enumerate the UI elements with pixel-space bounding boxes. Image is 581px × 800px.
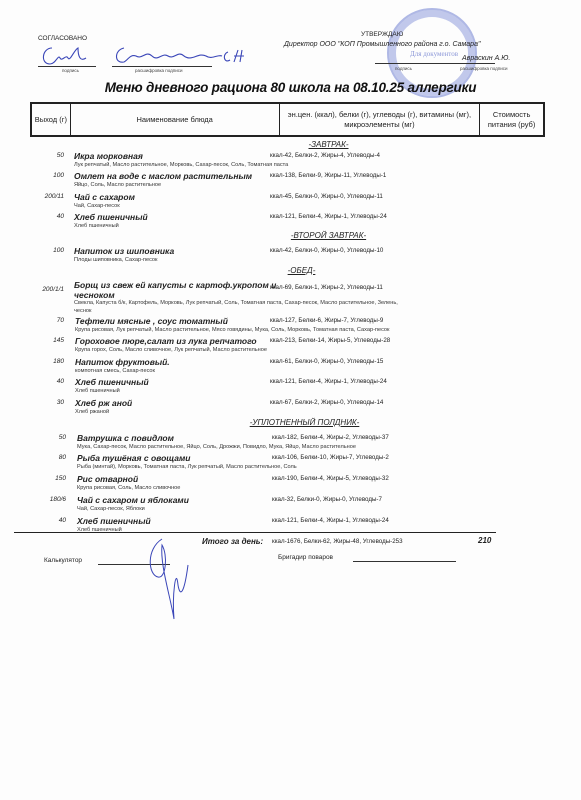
item-nutrition: ккал-42, Белки-2, Жиры-4, Углеводы-4 [270,152,380,159]
item-nutrition: ккал-121, Белки-4, Жиры-1, Углеводы-24 [270,378,387,385]
item-name: Чай с сахаром и яблоками [77,495,189,505]
item-name: Гороховое пюре,салат из лука репчатого [75,336,257,346]
item-nutrition: ккал-138, Белки-9, Жиры-11, Углеводы-1 [270,172,386,179]
header-cost: Стоимость питания (руб) [480,103,544,136]
item-nutrition: ккал-127, Белки-6, Жиры-7, Углеводы-9 [270,317,383,324]
name-left-caption: расшифровка подписи [135,68,182,73]
approval-right-position: Директор ООО "КОП Промышленного района г… [284,41,480,48]
item-name: Чай с сахаром [74,192,135,202]
header-dish: Наименование блюда [70,103,279,136]
menu-table-header: Выход (г) Наименование блюда эн.цен. (кк… [30,102,545,137]
item-nutrition: ккал-190, Белки-4, Жиры-5, Углеводы-32 [272,475,389,482]
item-name: Напиток фруктовый. [75,357,170,367]
item-yield: 180 [24,358,64,365]
item-name: Напиток из шиповника [74,246,174,256]
item-name: Тефтели мясные , соус томатный [75,316,228,326]
chef-signature-line [353,561,456,562]
item-name: Хлеб пшеничный [74,212,148,222]
totals-nutrition: ккал-1676, Белки-62, Жиры-48, Углеводы-2… [272,538,403,545]
item-yield: 40 [24,213,64,220]
document-page: СОГЛАСОВАНО подпись расшифровка подписи … [0,0,581,800]
item-ingredients: Плоды шиповника, Сахар-песок [74,257,158,263]
item-ingredients: Крупа рисовая, Лук репчатый, Масло расти… [75,327,390,333]
item-yield: 80 [26,454,66,461]
item-yield: 40 [24,378,64,385]
item-nutrition: ккал-106, Белки-10, Жиры-7, Углеводы-2 [272,454,389,461]
item-name: Рис отварной [77,474,138,484]
item-yield: 145 [24,337,64,344]
item-ingredients: Хлеб пшеничный [75,388,120,394]
approval-right-name: Авраскин А.Ю. [462,55,510,62]
item-ingredients: Мука, Сахар-песок, Масло растительное, Я… [77,444,356,450]
item-yield: 200/1/1 [24,286,64,293]
item-nutrition: ккал-45, Белки-0, Жиры-0, Углеводы-11 [270,193,383,200]
signature-left-caption: подпись [62,68,79,73]
name-right-caption: расшифровка подписи [460,66,507,71]
item-ingredients: Чай, Сахар-песок [74,203,120,209]
item-yield: 50 [24,152,64,159]
item-yield: 180/6 [26,496,66,503]
item-ingredients: Крупа рисовая, Соль, Масло сливочное [77,485,180,491]
item-nutrition: ккал-61, Белки-0, Жиры-0, Углеводы-15 [270,358,383,365]
item-nutrition: ккал-67, Белки-2, Жиры-0, Углеводы-14 [270,399,383,406]
item-yield: 100 [24,247,64,254]
item-name: Икра морковная [74,151,143,161]
item-nutrition: ккал-69, Белки-1, Жиры-2, Углеводы-11 [270,284,383,291]
item-ingredients: Крупа горох, Соль, Масло сливочное, Лук … [75,347,267,353]
totals-cost: 210 [478,536,491,545]
calculator-label: Калькулятор [44,557,82,564]
item-ingredients: Лук репчатый, Масло растительное, Морков… [74,162,288,168]
page-title: Меню дневного рациона 80 школа на 08.10.… [0,80,581,95]
totals-label: Итого за день: [202,537,263,546]
item-yield: 200/11 [24,193,64,200]
item-yield: 40 [26,517,66,524]
item-ingredients: компотная смесь, Сахар-песок [75,368,155,374]
item-ingredients: Хлеб пшеничный [74,223,119,229]
item-name: Хлеб пшеничный [77,516,151,526]
section-title-lunch: -ОБЕД- [11,266,581,275]
item-ingredients: Свекла, Капуста б/к, Картофель, Морковь,… [74,300,398,306]
approval-left-heading: СОГЛАСОВАНО [38,35,87,42]
chef-label: Бригадир поваров [278,554,333,561]
item-yield: 50 [26,434,66,441]
item-name: Хлеб пшеничный [75,377,149,387]
calculator-signature-icon [140,535,200,625]
item-name: Борщ из свеж ей капусты с картоф.укропом… [74,280,279,300]
item-ingredients: Чай, Сахар-песок, Яблоки [77,506,145,512]
stamp-text: Для документов [410,50,458,58]
item-nutrition: ккал-42, Белки-0, Жиры-0, Углеводы-10 [270,247,383,254]
signature-right-line [375,63,495,64]
item-name: Омлет на воде с маслом растительным [74,171,252,181]
signature-name-handwritten-icon [112,42,252,68]
section-title-second-breakfast: -ВТОРОЙ ЗАВТРАК- [38,231,581,240]
item-nutrition: ккал-32, Белки-0, Жиры-0, Углеводы-7 [272,496,382,503]
item-nutrition: ккал-213, Белки-14, Жиры-5, Углеводы-28 [270,337,390,344]
item-yield: 30 [24,399,64,406]
totals-divider [14,532,496,533]
name-left-line [112,66,212,67]
item-yield: 70 [24,317,64,324]
item-ingredients: Хлеб ржаной [75,409,109,415]
signature-left-icon [38,44,100,68]
item-nutrition: ккал-121, Белки-4, Жиры-1, Углеводы-24 [272,517,389,524]
item-name: Хлеб рж аной [75,398,132,408]
item-name: Рыба тушёная с овощами [77,453,190,463]
header-yield: Выход (г) [31,103,70,136]
section-title-afternoon-snack: -УПЛОТНЕННЫЙ ПОЛДНИК- [14,418,581,427]
signature-left-line [38,66,96,67]
item-yield: 100 [24,172,64,179]
signature-right-caption: подпись [395,66,412,71]
item-yield: 150 [26,475,66,482]
approval-right-heading: УТВЕРЖДАЮ [361,31,403,38]
section-title-breakfast: -ЗАВТРАК- [38,140,581,149]
item-nutrition: ккал-121, Белки-4, Жиры-1, Углеводы-24 [270,213,387,220]
header-nutrition: эн.цен. (ккал), белки (г), углеводы (г),… [279,103,480,136]
item-name: Ватрушка с повидлом [77,433,174,443]
item-ingredients: Яйцо, Соль, Масло растительное [74,182,161,188]
item-ingredients-continued: чеснок [74,308,91,314]
item-nutrition: ккал-182, Белки-4, Жиры-2, Углеводы-37 [272,434,389,441]
item-ingredients: Рыба (минтай), Морковь, Томатная паста, … [77,464,297,470]
